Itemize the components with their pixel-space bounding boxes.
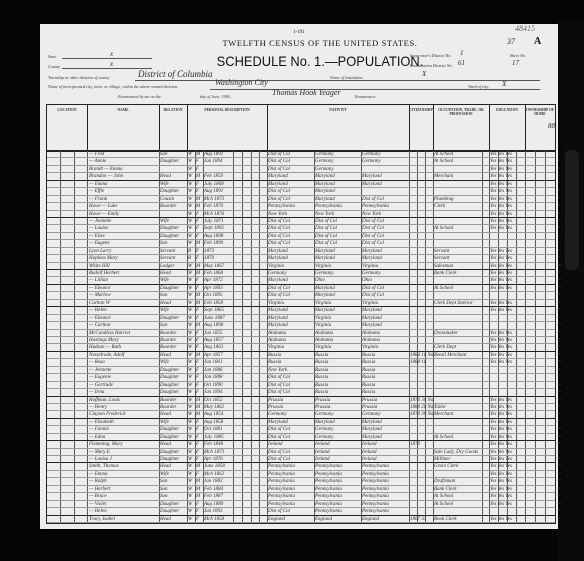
cell-immigration [410, 382, 433, 389]
cell-occupation: Merchant [434, 411, 482, 418]
cell-birthplace: Dist of Col [268, 188, 314, 195]
row-number: 30 [554, 367, 564, 371]
cell-name: Hopkins Mary [89, 255, 159, 262]
cell-education [490, 322, 525, 329]
cell-birth-date: Oct 1852 [204, 397, 233, 404]
col-occupation: OCCUPATION, TRADE, OR PROFESSION [433, 105, 490, 151]
cell-birthplace: Dist of Col [268, 285, 314, 292]
cell-sex: M [196, 397, 203, 404]
cell-name: — Edna [89, 434, 159, 441]
cell-education: Yes Yes Yes [490, 225, 525, 232]
cell-immigration [410, 188, 433, 195]
cell-relation: Daughter [160, 501, 187, 508]
cell-occupation: At School [434, 158, 482, 165]
cell-race: W [188, 516, 195, 523]
cell-occupation [434, 233, 482, 240]
table-row: — ElizabethWifeWFAug 1858MarylandMarylan… [47, 419, 555, 426]
form-number: 1-191 [293, 30, 305, 35]
county-label: County [48, 64, 60, 69]
cell-birth-date: Jan 1855 [204, 330, 233, 337]
cell-education: Yes Yes Yes [490, 501, 525, 508]
cell-birthplace: Pennsylvania [268, 478, 314, 485]
table-row: — CarltonSonWMAug 1890MarylandVirginiaMa… [47, 322, 555, 329]
cell-relation: Daughter [160, 456, 187, 463]
cell-name: Nesselrode, Adolf [89, 352, 159, 359]
table-row: — HelenDaughterWFJan 1893Dist of ColPenn… [47, 508, 555, 515]
cell-father-birthplace: Russia [315, 367, 361, 374]
handwritten-page: 37 [507, 37, 515, 46]
cell-sex: F [196, 374, 203, 381]
cell-education: Yes Yes Yes [490, 263, 525, 270]
city-label: Name of incorporated city, town, or vill… [48, 84, 178, 89]
cell-mother-birthplace: Dist of Col [362, 233, 409, 240]
cell-sex: F [196, 211, 203, 218]
cell-race: W [188, 344, 195, 351]
cell-race: W [188, 352, 195, 359]
cell-mother-birthplace: Maryland [362, 307, 409, 314]
cell-occupation [434, 307, 482, 314]
table-row: — EleanorDaughterWFApr 1893Dist of ColMa… [47, 285, 555, 292]
cell-name: Hastings Mary [89, 337, 159, 344]
cell-birth-date: Jan 1894 [204, 389, 233, 396]
row-number: 17 [554, 270, 564, 274]
cell-father-birthplace: Maryland [315, 255, 361, 262]
cell-occupation [434, 508, 482, 515]
cell-birth-date: Feb 1848 [204, 441, 233, 448]
row-number: 29 [554, 359, 564, 363]
ward-value: X [502, 80, 506, 88]
row-number: 35 [554, 404, 564, 408]
cell-immigration [410, 218, 433, 225]
cell-birthplace: Dist of Col [268, 449, 314, 456]
row-number: 43 [554, 463, 564, 467]
cell-occupation: At School [434, 225, 482, 232]
cell-birthplace: Dist of Col [268, 240, 314, 247]
cell-relation: Daughter [160, 225, 187, 232]
institution-label: Name of Institution, [330, 75, 363, 80]
cell-immigration [410, 389, 433, 396]
table-row: — LillianWifeWFApr 1872MarylandOhioOhioY… [47, 277, 555, 284]
cell-occupation [434, 441, 482, 448]
cell-name: Clayton Frederick [89, 411, 159, 418]
cell-name: — Emma [89, 471, 159, 478]
cell-immigration [410, 285, 433, 292]
cell-birthplace: Virginia [268, 263, 314, 270]
cell-mother-birthplace: Pennsylvania [362, 203, 409, 210]
table-row: Howe — EmilyWFMch 1876New YorkNew YorkNe… [47, 211, 555, 218]
table-row: Clayton FrederickHeadWMAug 1854GermanyGe… [47, 411, 555, 418]
cell-sex: F [196, 166, 203, 173]
cell-relation: Head [160, 270, 187, 277]
cell-father-birthplace: Pennsylvania [315, 493, 361, 500]
cell-father-birthplace: Virginia [315, 263, 361, 270]
cell-education: Yes Yes Yes [490, 486, 525, 493]
cell-education: Yes Yes Yes [490, 456, 525, 463]
cell-occupation [434, 389, 482, 396]
cell-sex: F [196, 508, 203, 515]
cell-occupation: At School [434, 285, 482, 292]
cell-occupation: Servant [434, 255, 482, 262]
cell-mother-birthplace: Dist of Col [362, 292, 409, 299]
col-nativity: NATIVITY [267, 105, 410, 151]
table-row: Rudolf HerbertHeadWMFeb 1868GermanyGerma… [47, 270, 555, 277]
cell-race: W [188, 240, 195, 247]
cell-sex: M [196, 203, 203, 210]
row-number: 4 [554, 173, 564, 177]
cell-immigration [410, 315, 433, 322]
cell-birth-date: June 1858 [204, 463, 233, 470]
cell-education: Yes Yes Yes [490, 151, 525, 158]
cell-race: W [188, 203, 195, 210]
cell-occupation: Plumbing [434, 196, 482, 203]
cell-birthplace: Virginia [268, 344, 314, 351]
cell-mother-birthplace: Russia [362, 367, 409, 374]
cell-father-birthplace: Ireland [315, 449, 361, 456]
cell-birthplace: Dist of Col [268, 389, 314, 396]
cell-education: Yes Yes Yes [490, 449, 525, 456]
cell-birth-date: Jan 1886 [204, 367, 233, 374]
row-number: 31 [554, 374, 564, 378]
cell-immigration [410, 233, 433, 240]
cell-name: McCandless Harriet [89, 330, 159, 337]
cell-race: W [188, 151, 195, 158]
cell-father-birthplace: Virginia [315, 300, 361, 307]
cell-mother-birthplace: Virginia [362, 344, 409, 351]
cell-race: W [188, 486, 195, 493]
cell-relation: Wife [160, 359, 187, 366]
cell-father-birthplace: Prussia [315, 397, 361, 404]
row-number: 15 [554, 255, 564, 259]
cell-birthplace: Pennsylvania [268, 471, 314, 478]
state-label: State [48, 54, 56, 59]
census-sheet: 1-191 TWELFTH CENSUS OF THE UNITED STATE… [40, 24, 558, 529]
cell-sex: F [196, 516, 203, 523]
cell-father-birthplace: Virginia [315, 344, 361, 351]
cell-sex: M [196, 322, 203, 329]
cell-sex: F [196, 367, 203, 374]
table-row: — JennetteDaughterWFJan 1886New YorkRuss… [47, 367, 555, 374]
cell-education: Yes Yes Yes [490, 352, 525, 359]
table-row: — FannieDaughterWFOct 1881Dist of ColGer… [47, 426, 555, 433]
cell-immigration [410, 240, 433, 247]
cell-birthplace: Dist of Col [268, 434, 314, 441]
cell-sex: F [196, 434, 203, 441]
cell-mother-birthplace: Maryland [362, 419, 409, 426]
cell-education [490, 508, 525, 515]
cell-father-birthplace: Ireland [315, 456, 361, 463]
cell-mother-birthplace: Maryland [362, 173, 409, 180]
row-number: 28 [554, 352, 564, 356]
row-number: 39 [554, 434, 564, 438]
cell-name: — Emma [89, 181, 159, 188]
cell-mother-birthplace: Virginia [362, 263, 409, 270]
cell-birthplace: Germany [268, 270, 314, 277]
table-row: — AnnieDaughterWFJan 1894Dist of ColGerm… [47, 158, 555, 165]
cell-education: Yes Yes Yes [490, 248, 525, 255]
table-row: Hudson — RuthBoarderWFAug 1863VirginiaVi… [47, 344, 555, 351]
cell-education [490, 374, 525, 381]
cell-race: W [188, 508, 195, 515]
cell-relation: Wife [160, 277, 187, 284]
cell-immigration [410, 263, 433, 270]
cell-father-birthplace: Pennsylvania [315, 463, 361, 470]
cell-race: W [188, 211, 195, 218]
cell-education: Yes Yes Yes [490, 493, 525, 500]
page-letter: A [534, 36, 541, 47]
cell-relation: Wife [160, 419, 187, 426]
cell-education: Yes Yes Yes [490, 404, 525, 411]
cell-sex: F [196, 225, 203, 232]
cell-immigration [410, 330, 433, 337]
cell-education: Yes Yes Yes [490, 307, 525, 314]
table-row: Smith, ThomasHeadWMJune 1858Pennsylvania… [47, 463, 555, 470]
cell-immigration [410, 449, 433, 456]
cell-birth-date: Apr 1872 [204, 277, 233, 284]
cell-birth-date: Aug 1898 [204, 233, 233, 240]
cell-sex: M [196, 404, 203, 411]
cell-father-birthplace: Pennsylvania [315, 203, 361, 210]
cell-race: W [188, 181, 195, 188]
row-number: 25 [554, 330, 564, 334]
cell-occupation: Grain Clerk [434, 463, 482, 470]
cell-relation: Head [160, 441, 187, 448]
cell-name: — Mary E [89, 449, 159, 456]
cell-relation: Son [160, 478, 187, 485]
cell-name: Howe — Luke [89, 203, 159, 210]
cell-birth-date [204, 166, 233, 173]
cell-occupation [434, 166, 482, 173]
cell-father-birthplace: Maryland [315, 173, 361, 180]
cell-relation: Daughter [160, 367, 187, 374]
cell-education: Yes Yes Yes [490, 211, 525, 218]
enumerator-name: Thomas Hook Yeager [272, 88, 341, 97]
cell-occupation [434, 292, 482, 299]
cell-race: W [188, 225, 195, 232]
table-row: — Louisa JDaughterWFApr 1876Dist of ColI… [47, 456, 555, 463]
cell-race: B [188, 248, 195, 255]
cell-occupation [434, 374, 482, 381]
cell-birth-date: Jan 1894 [204, 158, 233, 165]
cell-occupation: Merchant [434, 173, 482, 180]
row-number: 38 [554, 426, 564, 430]
cell-education [490, 315, 525, 322]
table-row: — FredSonWMAug 1891Dist of ColGermanyGer… [47, 151, 555, 158]
cell-relation: Daughter [160, 158, 187, 165]
cell-father-birthplace: Russia [315, 382, 361, 389]
cell-mother-birthplace: Prussia [362, 404, 409, 411]
cell-occupation [434, 211, 482, 218]
cell-race: W [188, 285, 195, 292]
cell-education: Yes Yes Yes [490, 300, 525, 307]
cell-name: — Eleanor [89, 285, 159, 292]
cell-sex: M [196, 173, 203, 180]
cell-birthplace: Pennsylvania [268, 203, 314, 210]
cell-name: — Louisa J [89, 456, 159, 463]
cell-sex: F [196, 181, 203, 188]
cell-mother-birthplace: England [362, 516, 409, 523]
cell-immigration [410, 300, 433, 307]
township-label: Township or other division of county [48, 75, 109, 80]
cell-occupation: At School [434, 493, 482, 500]
cell-education [490, 292, 525, 299]
cell-relation: Daughter [160, 434, 187, 441]
row-number: 48 [554, 501, 564, 505]
cell-occupation [434, 315, 482, 322]
cell-immigration: 1884 16 [410, 359, 433, 366]
row-number: 7 [554, 196, 564, 200]
cell-race: W [188, 382, 195, 389]
cell-education: Yes Yes Yes [490, 270, 525, 277]
cell-name: — Helen [89, 307, 159, 314]
cell-immigration [410, 158, 433, 165]
cell-father-birthplace: Pennsylvania [315, 508, 361, 515]
cell-education: Yes Yes Yes [490, 344, 525, 351]
cell-relation: Daughter [160, 449, 187, 456]
table-row: Lyon LarryServantBF1873MarylandMarylandM… [47, 248, 555, 255]
cell-race: W [188, 270, 195, 277]
cell-occupation [434, 181, 482, 188]
cell-birthplace: Dist of Col [268, 456, 314, 463]
row-number: 32 [554, 382, 564, 386]
cell-birth-date: Sept 1895 [204, 225, 233, 232]
cell-name: — Louise [89, 225, 159, 232]
table-row: Brandon — JohnHeadWMFeb 1859MarylandMary… [47, 173, 555, 180]
cell-birthplace: Maryland [268, 248, 314, 255]
row-number: 42 [554, 456, 564, 460]
cell-occupation: Bank Clerk [434, 270, 482, 277]
cell-mother-birthplace [362, 188, 409, 195]
cell-name: Brandon — John [89, 173, 159, 180]
cell-birthplace: Prussia [268, 397, 314, 404]
cell-race: W [188, 493, 195, 500]
cell-name: Hoffman, Louis [89, 397, 159, 404]
cell-mother-birthplace: Ireland [362, 441, 409, 448]
cell-immigration [410, 374, 433, 381]
cell-father-birthplace: Germany [315, 166, 361, 173]
cell-education: Yes Yes Yes [490, 188, 525, 195]
cell-father-birthplace: Dist of Col [315, 225, 361, 232]
cell-immigration [410, 151, 433, 158]
cell-mother-birthplace: Dist of Col [362, 285, 409, 292]
cell-birth-date: Mch 1876 [204, 211, 233, 218]
cell-mother-birthplace: Russia [362, 382, 409, 389]
cell-birthplace: Maryland [268, 307, 314, 314]
cell-occupation [434, 419, 482, 426]
cell-name: Brandt — Emma [89, 166, 159, 173]
cell-mother-birthplace: Dist of Col [362, 218, 409, 225]
cell-mother-birthplace: Germany [362, 158, 409, 165]
cell-father-birthplace: Dist of Col [315, 218, 361, 225]
cell-father-birthplace: Maryland [315, 285, 361, 292]
cell-mother-birthplace: Maryland [362, 248, 409, 255]
cell-immigration [410, 493, 433, 500]
cell-birth-date: Aug 1891 [204, 151, 233, 158]
cell-immigration [410, 337, 433, 344]
cell-immigration [410, 322, 433, 329]
cell-occupation [434, 218, 482, 225]
col-name: NAME [87, 105, 160, 151]
cell-birthplace: New York [268, 211, 314, 218]
cell-birth-date: Feb 1858 [204, 300, 233, 307]
cell-father-birthplace: Germany [315, 434, 361, 441]
cell-mother-birthplace: Dist of Col [362, 240, 409, 247]
cell-immigration [410, 225, 433, 232]
cell-relation: Daughter [160, 188, 187, 195]
cell-immigration [410, 203, 433, 210]
cell-birthplace: Maryland [268, 181, 314, 188]
cell-occupation [434, 322, 482, 329]
cell-race: W [188, 158, 195, 165]
cell-immigration [410, 426, 433, 433]
row-number: 46 [554, 486, 564, 490]
township-value: District of Columbia [138, 69, 213, 79]
row-number: 40 [554, 441, 564, 445]
cell-race: W [188, 315, 195, 322]
table-row: — VioletDaughterWFAug 1889PennsylvaniaPe… [47, 501, 555, 508]
cell-mother-birthplace: Maryland [362, 315, 409, 322]
row-number: 14 [554, 248, 564, 252]
cell-race: W [188, 449, 195, 456]
row-number: 16 [554, 263, 564, 267]
cell-occupation [434, 397, 482, 404]
cell-birth-date: Apr 1893 [204, 285, 233, 292]
cell-mother-birthplace: Alabama [362, 337, 409, 344]
cell-relation: Boarder [160, 344, 187, 351]
cell-sex: M [196, 493, 203, 500]
table-row: — MarlowSonWMOct 1895Dist of ColMaryland… [47, 292, 555, 299]
cell-father-birthplace: Germany [315, 426, 361, 433]
cell-name: Howe — Emily [89, 211, 159, 218]
cell-birthplace: Pennsylvania [268, 501, 314, 508]
cell-immigration [410, 434, 433, 441]
census-table: — FredSonWMAug 1891Dist of ColGermanyGer… [46, 150, 556, 524]
cell-birth-date: Mch 1873 [204, 196, 233, 203]
row-number: 22 [554, 307, 564, 311]
cell-birthplace: Alabama [268, 330, 314, 337]
cell-education: Yes Yes Yes [490, 181, 525, 188]
cell-mother-birthplace: Ohio [362, 277, 409, 284]
cell-occupation: At School [434, 501, 482, 508]
cell-sex: F [196, 307, 203, 314]
cell-sex: F [196, 285, 203, 292]
cell-race: W [188, 233, 195, 240]
cell-birthplace: Alabama [268, 337, 314, 344]
cell-father-birthplace: Ohio [315, 277, 361, 284]
cell-education: Yes Yes Yes [490, 426, 525, 433]
enumerated-label: Enumerated by me on the [118, 94, 161, 99]
cell-relation: Wife [160, 307, 187, 314]
table-row: McCandless HarrietBoarderWFJan 1855Alaba… [47, 330, 555, 337]
cell-race: W [188, 441, 195, 448]
cell-birthplace: Dist of Col [268, 233, 314, 240]
cell-mother-birthplace: Russia [362, 389, 409, 396]
cell-race: W [188, 277, 195, 284]
row-number: 11 [554, 225, 564, 229]
cell-sex: M [196, 463, 203, 470]
table-row: — EmmaWifeWFJuly 1868MarylandMarylandMar… [47, 181, 555, 188]
table-row: Hastings MaryBoarderWFAug 1857AlabamaAla… [47, 337, 555, 344]
cell-race: W [188, 419, 195, 426]
cell-mother-birthplace: Pennsylvania [362, 463, 409, 470]
cell-sex: M [196, 151, 203, 158]
cell-relation: Wife [160, 181, 187, 188]
cell-father-birthplace: Russia [315, 374, 361, 381]
cell-birthplace: Virginia [268, 300, 314, 307]
cell-name: Smith, Thomas [89, 463, 159, 470]
census-title: TWELFTH CENSUS OF THE UNITED STATES. [190, 38, 450, 48]
row-number: 41 [554, 449, 564, 453]
cell-father-birthplace: Maryland [315, 307, 361, 314]
